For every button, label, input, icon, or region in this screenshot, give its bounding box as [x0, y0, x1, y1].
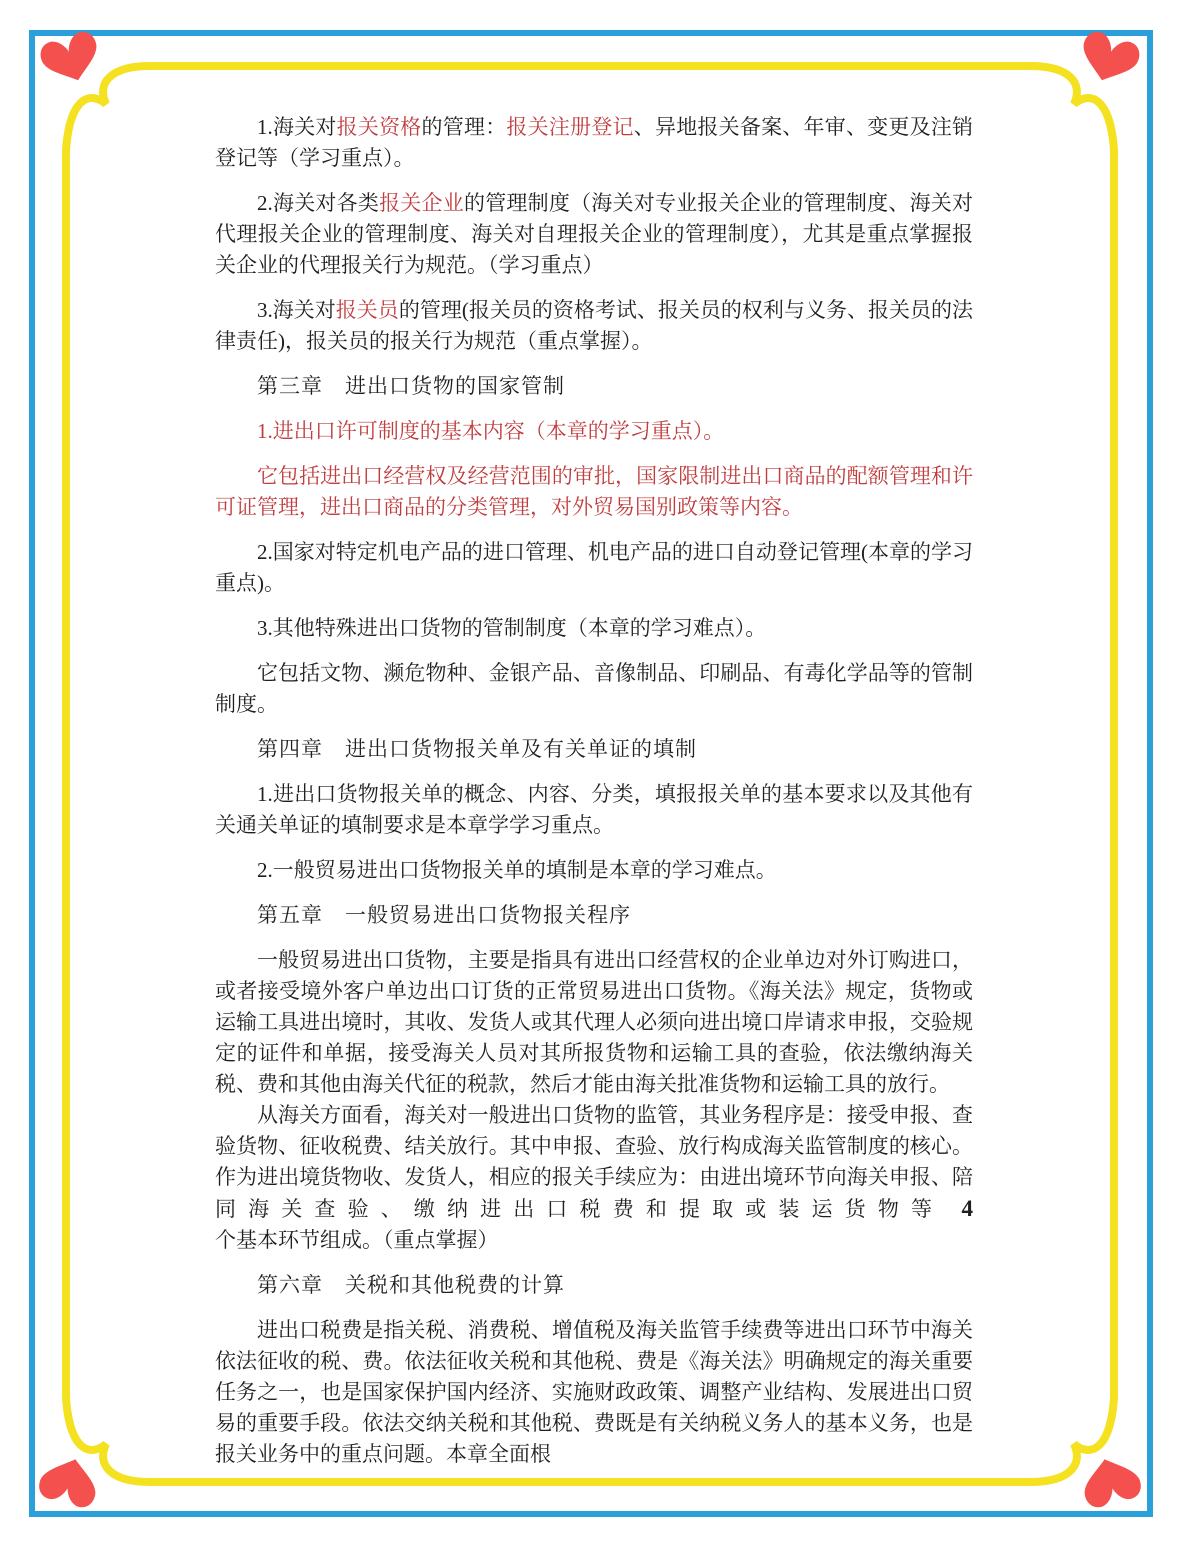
paragraph: 2.国家对特定机电产品的进口管理、机电产品的进口自动登记管理(本章的学习重点)。 — [215, 537, 973, 599]
paragraph: 1.海关对报关资格的管理：报关注册登记、异地报关备案、年审、变更及注销登记等（学… — [215, 112, 973, 174]
heart-icon-bottom-left — [36, 1452, 103, 1510]
red-highlight-text: 1.进出口许可制度的基本内容（本章的学习重点）。 — [257, 419, 724, 443]
body-text: 1.海关对 — [257, 115, 337, 139]
body-text: 2.一般贸易进出口货物报关单的填制是本章的学习难点。 — [257, 858, 777, 882]
body-text: 2.国家对特定机电产品的进口管理、机电产品的进口自动登记管理(本章的学习重点)。 — [215, 540, 973, 595]
paragraph: 2.一般贸易进出口货物报关单的填制是本章的学习难点。 — [215, 855, 973, 886]
document-body: 1.海关对报关资格的管理：报关注册登记、异地报关备案、年审、变更及注销登记等（学… — [215, 112, 973, 1484]
red-highlight-text: 报关员 — [336, 298, 399, 322]
paragraph: 从海关方面看，海关对一般进出口货物的监管，其业务程序是：接受申报、查验货物、征收… — [215, 1100, 973, 1256]
body-text: 个基本环节组成。（重点掌握） — [215, 1228, 499, 1252]
body-text: 第六章 关税和其他税费的计算 — [257, 1273, 565, 1297]
chapter-heading: 第五章 一般贸易进出口货物报关程序 — [215, 900, 973, 931]
body-text: 第四章 进出口货物报关单及有关单证的填制 — [257, 737, 697, 761]
paragraph: 3.其他特殊进出口货物的管制制度（本章的学习难点）。 — [215, 613, 973, 644]
body-text: 2.海关对各类 — [257, 191, 379, 215]
body-text: 3.海关对 — [257, 298, 336, 322]
body-text: 第五章 一般贸易进出口货物报关程序 — [257, 903, 631, 927]
body-text: 进出口税费是指关税、消费税、增值税及海关监管手续费等进出口环节中海关依法征收的税… — [215, 1318, 973, 1466]
paragraph: 它包括进出口经营权及经营范围的审批，国家限制进出口商品的配额管理和许可证管理，进… — [215, 461, 973, 523]
heart-icon-top-right — [1075, 29, 1143, 89]
chapter-heading: 第四章 进出口货物报关单及有关单证的填制 — [215, 734, 973, 765]
red-highlight-text: 报关资格 — [337, 115, 422, 139]
red-highlight-text: 它包括进出口经营权及经营范围的审批，国家限制进出口商品的配额管理和许可证管理，进… — [215, 464, 973, 519]
paragraph: 2.海关对各类报关企业的管理制度（海关对专业报关企业的管理制度、海关对代理报关企… — [215, 188, 973, 281]
body-text: 从海关方面看，海关对一般进出口货物的监管，其业务程序是：接受申报、查验货物、征收… — [215, 1103, 973, 1221]
body-text: 1.进出口货物报关单的概念、内容、分类，填报报关单的基本要求以及其他有关通关单证… — [215, 782, 973, 837]
body-text: 它包括文物、濒危物种、金银产品、音像制品、印刷品、有毒化学品等的管制制度。 — [215, 661, 973, 716]
chapter-heading: 第六章 关税和其他税费的计算 — [215, 1270, 973, 1301]
paragraph: 进出口税费是指关税、消费税、增值税及海关监管手续费等进出口环节中海关依法征收的税… — [215, 1315, 973, 1470]
paragraph: 它包括文物、濒危物种、金银产品、音像制品、印刷品、有毒化学品等的管制制度。 — [215, 658, 973, 720]
paragraph: 1.进出口许可制度的基本内容（本章的学习重点）。 — [215, 416, 973, 447]
heart-icon-top-left — [37, 29, 105, 89]
chapter-heading: 第三章 进出口货物的国家管制 — [215, 371, 973, 402]
body-text: 3.其他特殊进出口货物的管制制度（本章的学习难点）。 — [257, 616, 766, 640]
body-text: 一般贸易进出口货物，主要是指具有进出口经营权的企业单边对外订购进口，或者接受境外… — [215, 948, 973, 1096]
body-text: 的管理： — [422, 115, 507, 139]
heart-icon-bottom-right — [1077, 1452, 1144, 1510]
paragraph: 3.海关对报关员的管理(报关员的资格考试、报关员的权利与义务、报关员的法律责任)… — [215, 295, 973, 357]
paragraph: 1.进出口货物报关单的概念、内容、分类，填报报关单的基本要求以及其他有关通关单证… — [215, 779, 973, 841]
red-highlight-text: 报关注册登记 — [506, 115, 633, 139]
paragraph: 一般贸易进出口货物，主要是指具有进出口经营权的企业单边对外订购进口，或者接受境外… — [215, 945, 973, 1100]
body-text: 第三章 进出口货物的国家管制 — [257, 374, 565, 398]
red-highlight-text: 报关企业 — [379, 191, 464, 215]
body-text: 4 — [962, 1196, 974, 1221]
